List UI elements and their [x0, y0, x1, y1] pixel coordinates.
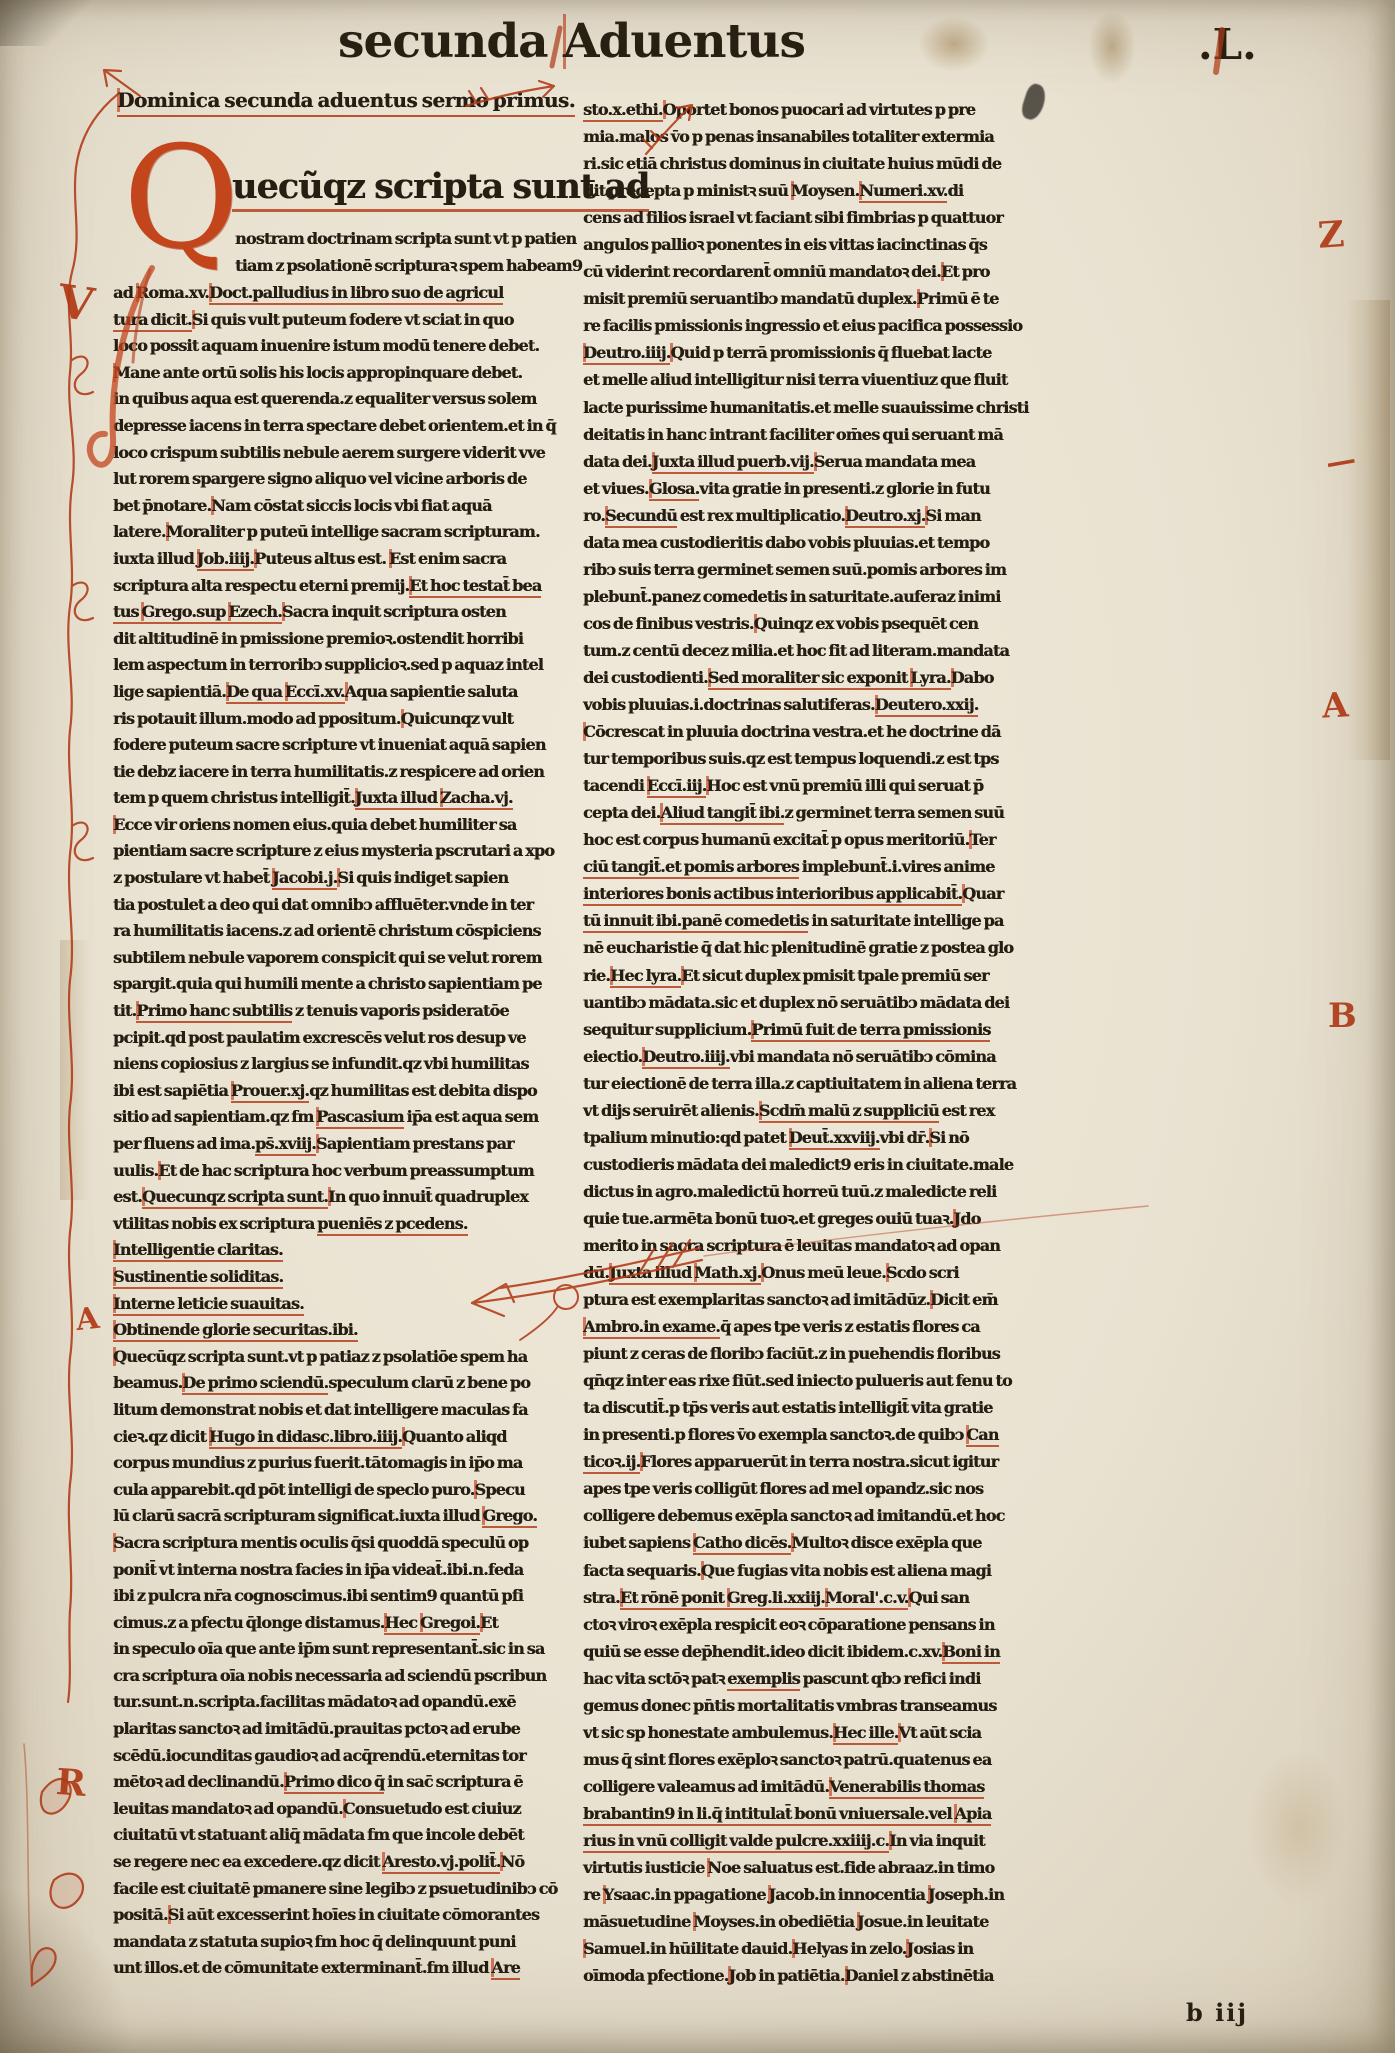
text-line: beamus.De primo sciendū.speculum clarū z… [113, 1370, 549, 1397]
text-line: cos de finibus vestris.Quinqz ex vobis p… [583, 610, 1069, 637]
marginal-dash: — [1323, 442, 1359, 482]
text-line: pcipit.qd post paulatim excrescēs velut … [113, 1025, 549, 1052]
text-line: scēdū.iocunditas gaudioꝛ ad acq̄rendū.et… [113, 1743, 549, 1770]
marginal-letter: B [1328, 996, 1357, 1036]
manuscript-page: secunda Aduentus .L. Dominica secunda ad… [0, 0, 1395, 2053]
text-line: sequitur supplicium.Primū fuit de terra … [583, 1016, 1069, 1043]
marginal-letter: R [55, 1761, 88, 1805]
corner-shadow [0, 0, 90, 46]
text-line: qn̄qz inter eas rixe fiūt.sed iniecto pu… [583, 1367, 1069, 1394]
text-line: leuitas mandatoꝛ ad opandū.Consuetudo es… [113, 1796, 549, 1823]
text-line: Sustinentie soliditas. [113, 1264, 549, 1291]
text-line: uantibɔ mādata.sic et duplex nō seruātib… [583, 989, 1069, 1016]
text-line: Quecūqz scripta sunt.vt p patiaz z psola… [113, 1344, 549, 1371]
foxing-stain [1248, 1748, 1348, 1908]
text-line: tit.Primo hanc subtilis z tenuis vaporis… [113, 998, 549, 1025]
text-line: virtutis iusticie Noe saluatus est.fide … [583, 1854, 1069, 1881]
text-line: vobis pluuias.i.doctrinas salutiferas.De… [583, 691, 1069, 718]
text-line: nostram doctrinam scripta sunt vt p pati… [235, 226, 549, 253]
text-line: in presenti.p flores v̄o exempla sanctoꝛ… [583, 1421, 1069, 1448]
text-line: tur temporibus suis.qz est tempus loquen… [583, 745, 1069, 772]
text-line: data dei.Juxta illud puerb.vij.Serua man… [583, 448, 1069, 475]
stain [1088, 10, 1136, 84]
text-line: merito in sacra scriptura ē leuitas mand… [583, 1232, 1069, 1259]
marginal-letter: A [74, 1301, 101, 1338]
text-line: est.Quecunqz scripta sunt.In quo innuit̄… [113, 1184, 549, 1211]
text-line: facta sequaris.Que fugias vita nobis est… [583, 1557, 1069, 1584]
text-line: tur eiectionē de terra illa.z captiuitat… [583, 1070, 1069, 1097]
text-line: ptura est exemplaritas sanctoꝛ ad imitād… [583, 1286, 1069, 1313]
quire-signature: b iij [1186, 1998, 1248, 2027]
text-line: custodieris mādata dei maledict9 eris in… [583, 1151, 1069, 1178]
text-line: colligere debemus exēpla sanctoꝛ ad imit… [583, 1502, 1069, 1529]
text-line: lige sapientiā.De qua Eccī.xv.Aqua sapie… [113, 679, 549, 706]
text-line: lū clarū sacrā scripturam significat.iux… [113, 1503, 549, 1530]
text-line: cepta dei.Aliud tangit̄ ibi.z germinet t… [583, 799, 1069, 826]
text-line: quiū se esse dep̄hendit.ideo dicit ibide… [583, 1638, 1069, 1665]
text-line: cens ad filios israel vt faciant sibi fi… [583, 204, 1069, 231]
text-line: data mea custodieritis dabo vobis pluuia… [583, 529, 1069, 556]
text-line: iuxta illud Job.iiij.Puteus altus est. E… [113, 546, 549, 573]
text-line: Sacra scriptura mentis oculis q̄si quodd… [113, 1530, 549, 1557]
text-line: cula apparebit.qd pōt intelligi de specl… [113, 1477, 549, 1504]
text-line: ponit̄ vt interna nostra facies in ip̄a … [113, 1557, 549, 1584]
text-line: Cōcrescat in pluuia doctrina vestra.et h… [583, 718, 1069, 745]
text-line: māsuetudine Moyses.in obediētia Josue.in… [583, 1908, 1069, 1935]
text-line: litum demonstrat nobis et dat intelliger… [113, 1397, 549, 1424]
text-line: mus q̄ sint flores exēploꝛ sanctoꝛ patrū… [583, 1746, 1069, 1773]
text-line: dit altitudinē in pmissione premioꝛ.oste… [113, 626, 549, 653]
text-line: tur.sunt.n.scripta.facilitas mādatoꝛ ad … [113, 1689, 549, 1716]
text-line: unt illos.et de cōmunitate exterminant̄.… [113, 1955, 549, 1982]
text-line: cimus.z a pfectu q̄longe distamus.Hec Gr… [113, 1610, 549, 1637]
running-header: secunda Aduentus [338, 14, 805, 69]
text-line: ri.sic etiā christus dominus in ciuitate… [583, 150, 1069, 177]
text-line: interiores bonis actibus interioribus ap… [583, 880, 1069, 907]
text-line: fodere puteum sacre scripture vt inuenia… [113, 732, 549, 759]
text-line: z postulare vt habet̄ Jacobi.j.Si quis i… [113, 865, 549, 892]
text-line: Obtinende glorie securitas.ibi. [113, 1317, 549, 1344]
text-line: dit precepta p ministꝛ suū Moysen.Numeri… [583, 177, 1069, 204]
sermon-heading: Dominica secunda aduentus sermo primus. [117, 88, 575, 117]
text-line: ciū tangit̄.et pomis arbores implebunt̄.… [583, 853, 1069, 880]
text-line: niens copiosius z largius se infundit.qz… [113, 1051, 549, 1078]
text-line: stra.Et rōnē ponit Greg.li.xxiij.Moral'.… [583, 1584, 1069, 1611]
text-line: mandata z statuta supioꝛ fm hoc q̄ delin… [113, 1929, 549, 1956]
text-line: bet p̄notare.Nam cōstat siccis locis vbi… [113, 493, 549, 520]
text-line: sto.x.ethi.Oportet bonos puocari ad virt… [583, 96, 1069, 123]
text-line: tpalium minutio:qd patet Deut̄.xxviij.vb… [583, 1124, 1069, 1151]
text-line: tia postulet a deo qui dat omnibɔ affluē… [113, 892, 549, 919]
text-line: positā.Si aūt excesserint hoīes in ciuit… [113, 1902, 549, 1929]
text-line: mia.malos v̄o p penas insanabiles totali… [583, 123, 1069, 150]
text-line: iubet sapiens Catho dicēs.Multoꝛ disce e… [583, 1529, 1069, 1556]
edge-browning [1346, 300, 1390, 760]
text-line: ibi est sapiētia Prouer.xj.qz humilitas … [113, 1078, 549, 1105]
text-line: cū viderint recordarent̄ omniū mandatoꝛ … [583, 258, 1069, 285]
text-line: uulis.Et de hac scriptura hoc verbum pre… [113, 1158, 549, 1185]
text-line: tū innuit ibi.panē comedetis in saturita… [583, 907, 1069, 934]
text-line: deitatis in hanc intrant faciliter om̄es… [583, 421, 1069, 448]
text-line: gemus donec pn̄tis mortalitatis vmbras t… [583, 1692, 1069, 1719]
text-line: rius in vnū colligit valde pulcre.xxiiij… [583, 1827, 1069, 1854]
text-line: apes tpe veris colligūt flores ad mel op… [583, 1475, 1069, 1502]
text-line: vt sic sp honestate ambulemus.Hec ille.V… [583, 1719, 1069, 1746]
text-line: loco possit aquam inuenire istum modū te… [113, 333, 549, 360]
text-line: subtilem nebule vaporem conspicit qui se… [113, 945, 549, 972]
text-line: brabantin9 in li.q̄ intitulat̄ bonū vniu… [583, 1800, 1069, 1827]
text-line: ad Roma.xv.Doct.palludius in libro suo d… [113, 280, 549, 307]
text-line: Ambro.in exame.q̄ apes tpe veris z estat… [583, 1313, 1069, 1340]
text-line: vtilitas nobis ex scriptura pueniēs z pc… [113, 1211, 549, 1238]
text-line: Deutro.iiij.Quid p terrā promissionis q̄… [583, 339, 1069, 366]
marginal-letter: A [1321, 685, 1349, 726]
text-line: dū.Juxta illud Math.xj.Onus meū leue.Scd… [583, 1259, 1069, 1286]
text-line: ticoꝛ.ij.Flores apparuerūt in terra nost… [583, 1448, 1069, 1475]
text-line: cieꝛ.qz dicit Hugo in didasc.libro.iiij.… [113, 1424, 549, 1451]
text-line: Samuel.in hūilitate dauid.Helyas in zelo… [583, 1935, 1069, 1962]
text-line: et viues.Glosa.vita gratie in presenti.z… [583, 475, 1069, 502]
column2-body: sto.x.ethi.Oportet bonos puocari ad virt… [583, 96, 1069, 1989]
text-line: mētoꝛ ad declinandū.Primo dico q̄ in sac… [113, 1769, 549, 1796]
folio-mark: .L. [1198, 20, 1257, 69]
text-line: et melle aliud intelligitur nisi terra v… [583, 366, 1069, 393]
text-line: se regere nec ea excedere.qz dicit Arest… [113, 1849, 549, 1876]
text-line: colligere valeamus ad imitādū.Venerabili… [583, 1773, 1069, 1800]
text-line: hac vita sctōꝛ patꝛ exemplis pascunt qbɔ… [583, 1665, 1069, 1692]
text-line: angulos pallioꝛ ponentes in eis vittas i… [583, 231, 1069, 258]
text-line: tura dicit.Si quis vult puteum fodere vt… [113, 307, 549, 334]
text-line: ris potauit illum.modo ad ppositum.Quicu… [113, 706, 549, 733]
marginal-letter: Z [1317, 213, 1346, 257]
text-line: hoc est corpus humanū excitat̄ p opus me… [583, 826, 1069, 853]
text-line: ribɔ suis terra germinet semen suū.pomis… [583, 556, 1069, 583]
edge-browning [60, 940, 90, 1200]
text-line: ctoꝛ viroꝛ exēpla respicit eoꝛ cōparatio… [583, 1611, 1069, 1638]
text-line: lem aspectum in terroribɔ supplicioꝛ.sed… [113, 652, 549, 679]
text-line: Intelligentie claritas. [113, 1237, 549, 1264]
text-line: ta discutit̄.p tp̄s veris aut estatis in… [583, 1394, 1069, 1421]
text-line: in quibus aqua est querenda.z equaliter … [113, 386, 549, 413]
text-line: pientiam sacre scripture z eius mysteria… [113, 838, 549, 865]
text-line: scriptura alta respectu eterni premij.Et… [113, 573, 549, 600]
corner-shadow [0, 1890, 130, 2053]
text-line: tie debz iacere in terra humilitatis.z r… [113, 759, 549, 786]
text-line: tiam z psolationē scripturaꝛ spem habeam… [235, 253, 549, 280]
text-line: misit premiū seruantibɔ mandatū duplex.P… [583, 285, 1069, 312]
text-line: ra humilitatis iacens.z ad orientē chris… [113, 918, 549, 945]
text-line: plebunt̄.panez comedetis in saturitate.a… [583, 583, 1069, 610]
text-line: re Ysaac.in ppagatione Jacob.in innocent… [583, 1881, 1069, 1908]
text-line: dictus in agro.maledictū horreū tuū.z ma… [583, 1178, 1069, 1205]
text-line: tus Grego.sup Ezech.Sacra inquit scriptu… [113, 599, 549, 626]
text-line: vt dijs seruirēt alienis.Scdm̄ malū z su… [583, 1097, 1069, 1124]
text-line: Interne leticie suauitas. [113, 1291, 549, 1318]
text-line: tem p quem christus intelligit̄.Juxta il… [113, 785, 549, 812]
stain [918, 16, 990, 72]
text-line: quie tue.armēta bonū tuoꝛ.et greges ouiū… [583, 1205, 1069, 1232]
text-line: lut rorem spargere signo aliquo vel vici… [113, 466, 549, 493]
marginal-letter: V [54, 274, 97, 332]
text-line: Ecce vir oriens nomen eius.quia debet hu… [113, 812, 549, 839]
text-line: latere.Moraliter p puteū intellige sacra… [113, 519, 549, 546]
text-line: plaritas sanctoꝛ ad imitādū.prauitas pct… [113, 1716, 549, 1743]
text-line: ibi z pulcra nr̄a cognoscimus.ibi sentim… [113, 1583, 549, 1610]
rubricated-initial-Q: Q [123, 134, 239, 264]
text-line: per fluens ad ima.ps̄.xviij.Sapientiam p… [113, 1131, 549, 1158]
text-line: tacendi Eccī.iij.Hoc est vnū premiū illi… [583, 772, 1069, 799]
text-line: sitio ad sapientiam.qz fm Pascasium ip̄a… [113, 1104, 549, 1131]
text-line: re facilis pmissionis ingressio et eius … [583, 312, 1069, 339]
text-line: oīmoda pfectione.Job in patiētia.Daniel … [583, 1962, 1069, 1989]
text-line: in speculo oīa que ante ip̄m sunt repres… [113, 1636, 549, 1663]
text-line: nē eucharistie q̄ dat hic plenitudinē gr… [583, 934, 1069, 961]
column1-body: ad Roma.xv.Doct.palludius in libro suo d… [113, 280, 549, 1982]
text-line: Mane ante ortū solis his locis appropinq… [113, 360, 549, 387]
text-line: rie.Hec lyra.Et sicut duplex pmisit tpal… [583, 962, 1069, 989]
text-line: lacte purissime humanitatis.et melle sua… [583, 394, 1069, 421]
text-line: loco crispum subtilis nebule aerem surge… [113, 440, 549, 467]
text-line: depresse iacens in terra spectare debet … [113, 413, 549, 440]
text-line: ro.Secundū est rex multiplicatio.Deutro.… [583, 502, 1069, 529]
text-line: piunt z ceras de floribɔ faciūt.z in pue… [583, 1340, 1069, 1367]
text-line: spargit.quia qui humili mente a christo … [113, 971, 549, 998]
text-line: eiectio.Deutro.iiij.vbi mandata nō seruā… [583, 1043, 1069, 1070]
text-line: corpus mundius z purius fuerit.tātomagis… [113, 1450, 549, 1477]
text-line: dei custodienti.Sed moraliter sic exponi… [583, 664, 1069, 691]
text-line: cra scriptura oīa nobis necessaria ad sc… [113, 1663, 549, 1690]
text-line: ciuitatū vt statuant aliq̄ mādata fm que… [113, 1822, 549, 1849]
text-line: facile est ciuitatē pmanere sine legibɔ … [113, 1876, 549, 1903]
text-line: tum.z centū decez milia.et hoc fit ad li… [583, 637, 1069, 664]
